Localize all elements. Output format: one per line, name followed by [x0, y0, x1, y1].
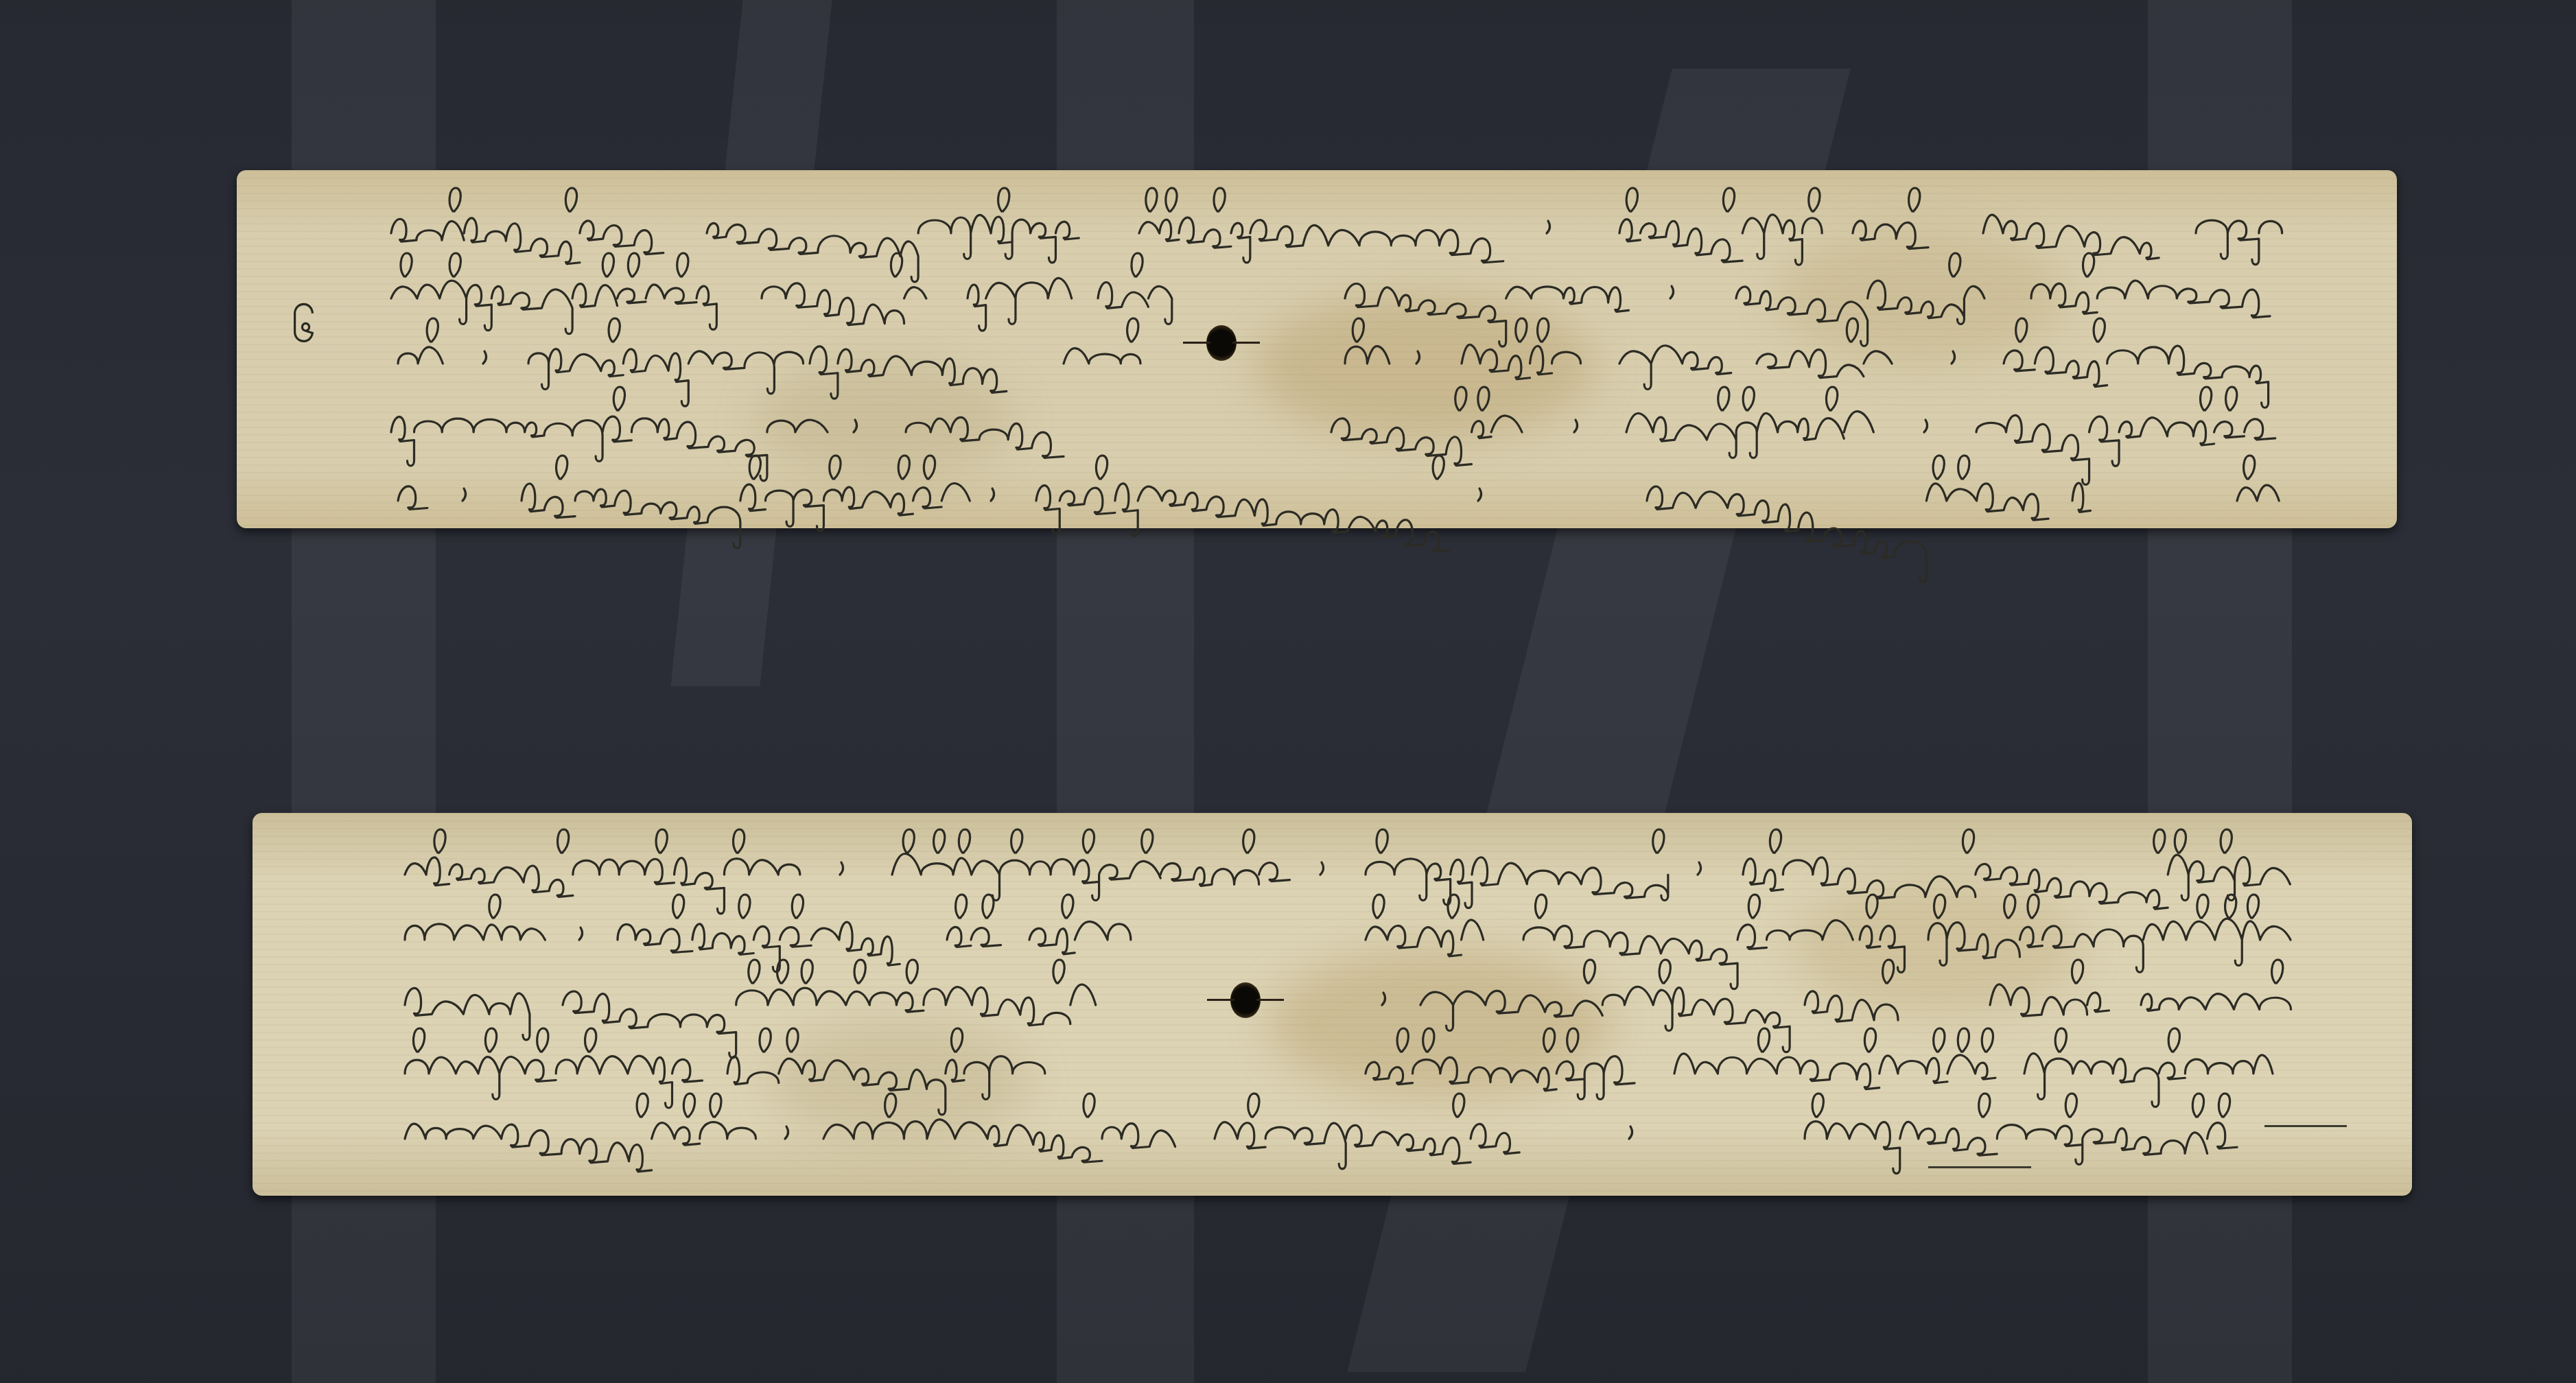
handwritten-word	[1805, 960, 1898, 1021]
handwritten-word	[405, 895, 545, 940]
handwritten-word	[1029, 895, 1131, 954]
handwritten-word	[2024, 1028, 2273, 1107]
handwritten-word	[405, 1094, 756, 1172]
handwritten-word	[1674, 1028, 1995, 1089]
handwritten-word	[2141, 960, 2291, 1010]
handwritten-word	[1420, 960, 1790, 1052]
handwritten-word	[947, 895, 1001, 947]
manuscript-text	[0, 0, 2576, 1383]
handwritten-word	[1382, 993, 1385, 1005]
handwritten-word	[823, 1094, 1175, 1162]
handwritten-word	[1215, 1094, 1519, 1169]
handwritten-word	[579, 927, 583, 940]
handwritten-word	[1629, 1126, 1632, 1139]
handwritten-word	[1928, 895, 2291, 972]
handwritten-word	[1860, 895, 1904, 972]
handwritten-word	[1698, 862, 1701, 875]
handwritten-word	[1366, 829, 1668, 908]
handwritten-word	[840, 862, 843, 875]
handwritten-word	[892, 829, 1290, 901]
handwritten-word	[1805, 1094, 2237, 1174]
handwritten-word	[1366, 1028, 1635, 1100]
handwritten-word	[1523, 895, 1853, 989]
handwritten-word	[785, 1126, 788, 1139]
handwritten-word	[563, 960, 1096, 1058]
handwritten-word	[1320, 862, 1324, 875]
handwritten-word	[405, 1028, 702, 1108]
handwritten-word	[1990, 960, 2109, 1016]
handwritten-word	[405, 829, 800, 914]
